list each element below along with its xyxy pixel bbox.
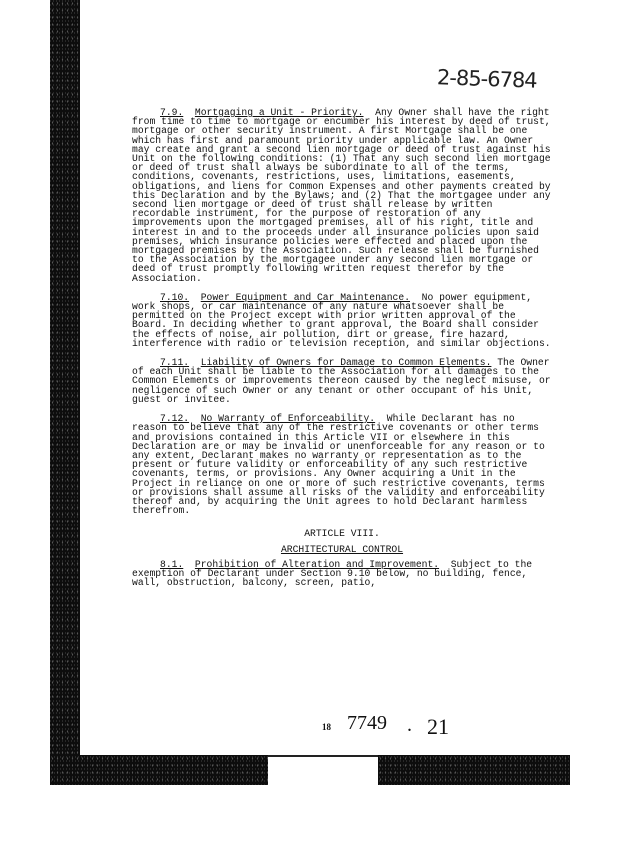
page-number: 18 <box>322 722 331 732</box>
document-body: 7.9. Mortgaging a Unit - Priority. Any O… <box>132 108 552 597</box>
footer-separator: . <box>407 714 412 737</box>
scan-border-bottom-left <box>50 755 268 785</box>
scan-border-bottom-right <box>378 755 570 785</box>
scan-border-left <box>50 0 80 785</box>
scan-edge-line <box>268 755 378 757</box>
section-body: No power equipment, work shops, or car m… <box>132 292 551 349</box>
article-subheading: ARCHITECTURAL CONTROL <box>132 545 552 554</box>
book-page: 21 <box>427 714 449 740</box>
recording-stamp: 2-85-6784 <box>437 65 537 92</box>
section-body: Any Owner shall have the right from time… <box>132 107 551 284</box>
section-body: While Declarant has no reason to believe… <box>132 413 545 516</box>
section-7-11: 7.11. Liability of Owners for Damage to … <box>132 358 552 404</box>
section-7-12: 7.12. No Warranty of Enforceability. Whi… <box>132 414 552 515</box>
section-7-10: 7.10. Power Equipment and Car Maintenanc… <box>132 293 552 348</box>
section-8-1: 8.1. Prohibition of Alteration and Impro… <box>132 560 552 588</box>
book-number: 7749 <box>347 712 387 735</box>
article-heading: ARTICLE VIII. <box>132 529 552 538</box>
section-7-9: 7.9. Mortgaging a Unit - Priority. Any O… <box>132 108 552 283</box>
